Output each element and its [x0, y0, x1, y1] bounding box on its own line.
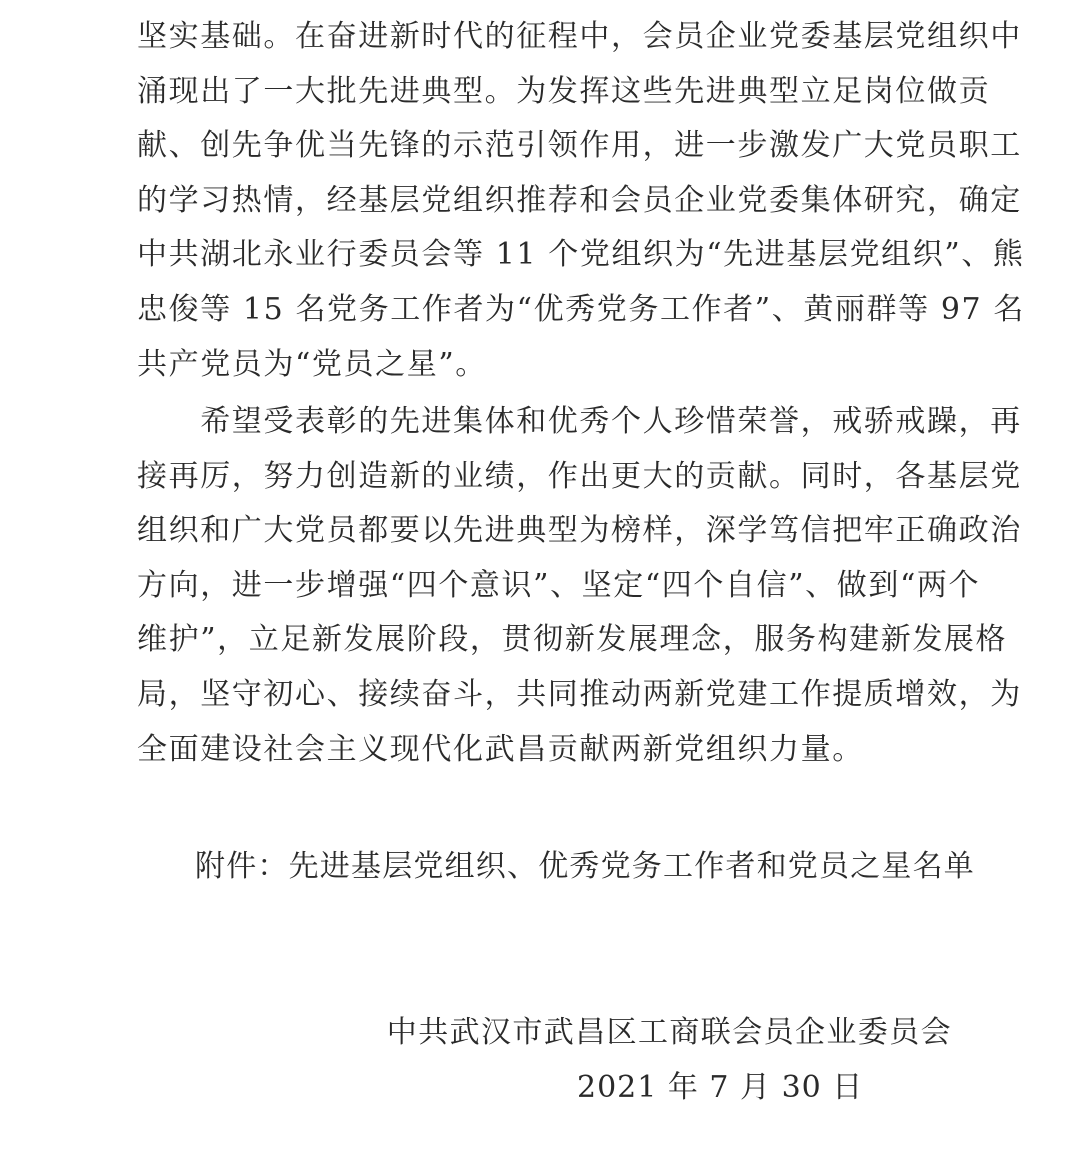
paragraph-recognition-decision: 坚实基础。在奋进新时代的征程中，会员企业党委基层党组织中 涌现出了一大批先进典型…: [137, 10, 953, 392]
text-line: 坚实基础。在奋进新时代的征程中，会员企业党委基层党组织中: [137, 10, 953, 65]
text-line: 涌现出了一大批先进典型。为发挥这些先进典型立足岗位做贡: [137, 65, 953, 120]
text-line: 接再厉，努力创造新的业绩，作出更大的贡献。同时，各基层党: [137, 450, 953, 505]
text-line: 维护”，立足新发展阶段，贯彻新发展理念，服务构建新发展格: [137, 613, 953, 668]
text-line: 献、创先争优当先锋的示范引领作用，进一步激发广大党员职工: [137, 119, 953, 174]
text-line: 组织和广大党员都要以先进典型为榜样，深学笃信把牢正确政治: [137, 504, 953, 559]
text-line: 全面建设社会主义现代化武昌贡献两新党组织力量。: [137, 723, 953, 778]
document-page: 坚实基础。在奋进新时代的征程中，会员企业党委基层党组织中 涌现出了一大批先进典型…: [0, 0, 1080, 1151]
text-line: 方向，进一步增强“四个意识”、坚定“四个自信”、做到“两个: [137, 559, 953, 614]
text-line: 共产党员为“党员之星”。: [137, 338, 953, 393]
text-line: 中共湖北永业行委员会等 11 个党组织为“先进基层党组织”、熊: [137, 228, 953, 283]
text-line: 忠俊等 15 名党务工作者为“优秀党务工作者”、黄丽群等 97 名: [137, 283, 953, 338]
issue-date: 2021 年 7 月 30 日: [577, 1061, 863, 1115]
paragraph-expectations: 希望受表彰的先进集体和优秀个人珍惜荣誉，戒骄戒躁，再 接再厉，努力创造新的业绩，…: [137, 395, 953, 777]
text-line: 局，坚守初心、接续奋斗，共同推动两新党建工作提质增效，为: [137, 668, 953, 723]
text-line: 的学习热情，经基层党组织推荐和会员企业党委集体研究，确定: [137, 174, 953, 229]
text-line: 希望受表彰的先进集体和优秀个人珍惜荣誉，戒骄戒躁，再: [137, 395, 953, 450]
attachment-note: 附件：先进基层党组织、优秀党务工作者和党员之星名单: [195, 840, 975, 894]
issuing-organization: 中共武汉市武昌区工商联会员企业委员会: [387, 1006, 952, 1060]
